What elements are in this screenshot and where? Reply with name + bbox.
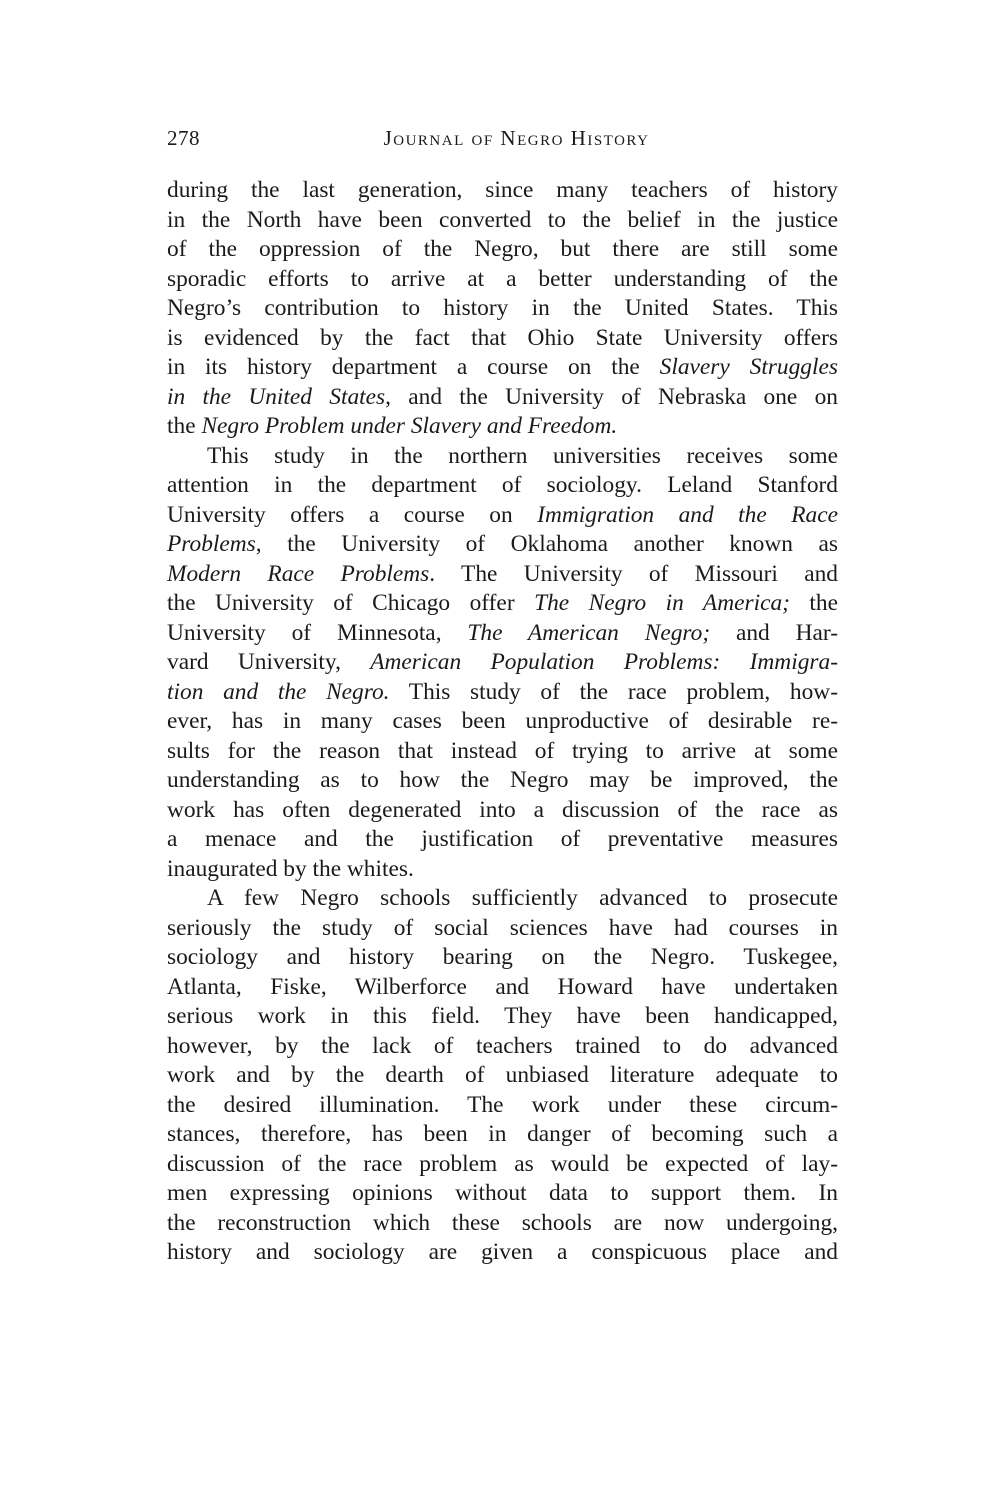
text-run: serious work in this field. They have be… [167, 1003, 838, 1029]
italic-title: The Negro in America; [534, 590, 790, 616]
text-run: sporadic efforts to arrive at a better u… [167, 266, 838, 292]
text-line: is evidenced by the fact that Ohio State… [167, 324, 838, 354]
text-run: the [790, 590, 838, 616]
text-run: of the oppression of the Negro, but ther… [167, 236, 838, 262]
text-line: University offers a course on Immigratio… [167, 501, 838, 531]
text-run: the University of Chicago offer [167, 590, 534, 616]
text-line: inaugurated by the whites. [167, 855, 838, 885]
italic-title: The American Negro; [467, 620, 710, 646]
text-run: Atlanta, Fiske, Wilberforce and Howard h… [167, 974, 838, 1000]
text-run: is evidenced by the fact that Ohio State… [167, 325, 838, 351]
text-run: University of Minnesota, [167, 620, 467, 646]
text-line: during the last generation, since many t… [167, 176, 838, 206]
paragraph: This study in the northern universities … [167, 442, 838, 885]
text-line: understanding as to how the Negro may be… [167, 766, 838, 796]
text-line: of the oppression of the Negro, but ther… [167, 235, 838, 265]
running-head: 278 Journal of Negro History [167, 126, 838, 156]
text-line: University of Minnesota, The American Ne… [167, 619, 838, 649]
text-line: Modern Race Problems. The University of … [167, 560, 838, 590]
text-line: Negro’s contribution to history in the U… [167, 294, 838, 324]
text-line: the Negro Problem under Slavery and Free… [167, 412, 838, 442]
text-line: the University of Chicago offer The Negr… [167, 589, 838, 619]
text-run: attention in the department of sociology… [167, 472, 838, 498]
italic-title: Negro Problem under Slavery and Freedom. [201, 413, 617, 439]
text-line: This study in the northern universities … [167, 442, 838, 472]
text-line: a menace and the justification of preven… [167, 825, 838, 855]
text-run: the reconstruction which these schools a… [167, 1210, 838, 1236]
text-line: work and by the dearth of unbiased liter… [167, 1061, 838, 1091]
text-line: ever, has in many cases been unproductiv… [167, 707, 838, 737]
text-line: history and sociology are given a conspi… [167, 1238, 838, 1268]
text-run: men expressing opinions without data to … [167, 1180, 838, 1206]
text-run: This study in the northern universities … [207, 443, 838, 469]
text-line: seriously the study of social sciences h… [167, 914, 838, 944]
italic-title: tion and the Negro. [167, 679, 390, 705]
journal-title: Journal of Negro History [167, 126, 838, 151]
italic-title: in the United States [167, 384, 385, 410]
italic-title: Modern Race Problems [167, 561, 429, 587]
text-run: however, by the lack of teachers trained… [167, 1033, 838, 1059]
text-run: A few Negro schools sufficiently advance… [207, 885, 838, 911]
text-line: sporadic efforts to arrive at a better u… [167, 265, 838, 295]
text-run: seriously the study of social sciences h… [167, 915, 838, 941]
body-text: during the last generation, since many t… [167, 176, 838, 1268]
text-line: Atlanta, Fiske, Wilberforce and Howard h… [167, 973, 838, 1003]
text-run: sults for the reason that instead of try… [167, 738, 838, 764]
paragraph: A few Negro schools sufficiently advance… [167, 884, 838, 1268]
text-line: the desired illumination. The work under… [167, 1091, 838, 1121]
text-run: inaugurated by the whites. [167, 856, 414, 882]
text-run: This study of the race problem, how- [390, 679, 838, 705]
text-run: vard University, [167, 649, 370, 675]
text-run: University offers a course on [167, 502, 537, 528]
text-line: A few Negro schools sufficiently advance… [167, 884, 838, 914]
text-run: in its history department a course on th… [167, 354, 660, 380]
text-run: , and the University of Nebraska one on [385, 384, 838, 410]
text-line: tion and the Negro. This study of the ra… [167, 678, 838, 708]
text-run: , the University of Oklahoma another kno… [256, 531, 838, 557]
text-run: stances, therefore, has been in danger o… [167, 1121, 838, 1147]
text-run: ever, has in many cases been unproductiv… [167, 708, 838, 734]
text-line: stances, therefore, has been in danger o… [167, 1120, 838, 1150]
paragraph: during the last generation, since many t… [167, 176, 838, 442]
italic-title: Slavery Struggles [660, 354, 838, 380]
text-line: in its history department a course on th… [167, 353, 838, 383]
text-line: in the United States, and the University… [167, 383, 838, 413]
text-run: Negro’s contribution to history in the U… [167, 295, 838, 321]
text-line: discussion of the race problem as would … [167, 1150, 838, 1180]
italic-title: Immigration and the Race [537, 502, 838, 528]
text-run: . The University of Missouri and [429, 561, 838, 587]
text-run: sociology and history bearing on the Neg… [167, 944, 838, 970]
text-line: sults for the reason that instead of try… [167, 737, 838, 767]
text-line: attention in the department of sociology… [167, 471, 838, 501]
text-line: the reconstruction which these schools a… [167, 1209, 838, 1239]
text-line: work has often degenerated into a discus… [167, 796, 838, 826]
text-line: in the North have been converted to the … [167, 206, 838, 236]
text-line: sociology and history bearing on the Neg… [167, 943, 838, 973]
text-run: a menace and the justification of preven… [167, 826, 838, 852]
text-line: men expressing opinions without data to … [167, 1179, 838, 1209]
text-run: and Har- [710, 620, 838, 646]
text-run: work has often degenerated into a discus… [167, 797, 838, 823]
text-line: vard University, American Population Pro… [167, 648, 838, 678]
text-run: history and sociology are given a conspi… [167, 1239, 838, 1265]
italic-title: American Population Problems: Immigra- [370, 649, 838, 675]
text-run: understanding as to how the Negro may be… [167, 767, 838, 793]
text-line: however, by the lack of teachers trained… [167, 1032, 838, 1062]
text-run: during the last generation, since many t… [167, 177, 838, 203]
text-run: discussion of the race problem as would … [167, 1151, 838, 1177]
text-run: the [167, 413, 201, 439]
italic-title: Problems [167, 531, 256, 557]
text-line: Problems, the University of Oklahoma ano… [167, 530, 838, 560]
text-run: work and by the dearth of unbiased liter… [167, 1062, 838, 1088]
text-run: in the North have been converted to the … [167, 207, 838, 233]
text-line: serious work in this field. They have be… [167, 1002, 838, 1032]
text-run: the desired illumination. The work under… [167, 1092, 838, 1118]
